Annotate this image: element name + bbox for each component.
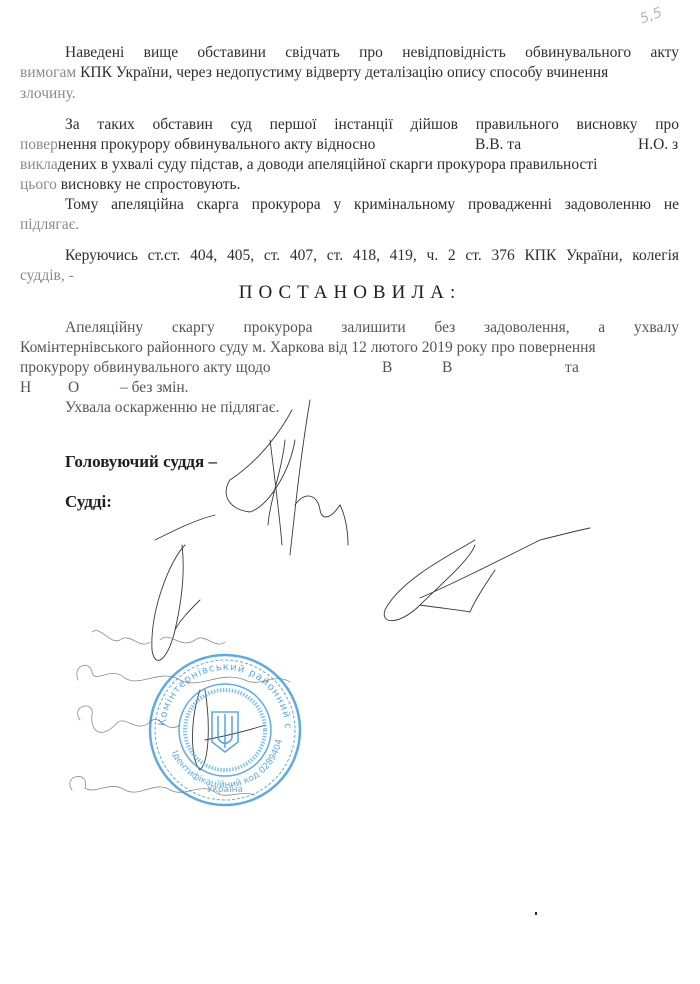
scan-speck bbox=[535, 912, 537, 915]
presiding-judge-signature-icon bbox=[155, 400, 348, 555]
stamp-country-text: Україна bbox=[207, 785, 243, 795]
svg-text:Комінтернівський районний суд: Комінтернівський районний суд м.Харкова bbox=[0, 0, 293, 730]
judge-signature-2-icon bbox=[384, 528, 590, 621]
trident-emblem-icon bbox=[212, 712, 238, 752]
handwritten-copy-true-icon bbox=[92, 630, 225, 644]
court-stamp: Комінтернівський районний суд м.Харкова … bbox=[0, 0, 300, 805]
stamp-top-text: Комінтернівський районний суд м.Харкова bbox=[0, 0, 293, 730]
signatures-graphic: Комінтернівський районний суд м.Харкова … bbox=[0, 0, 700, 984]
judge-signature-1-icon bbox=[152, 545, 200, 660]
document-page: 5,5 Наведені вище обставини свідчать про… bbox=[0, 0, 700, 984]
